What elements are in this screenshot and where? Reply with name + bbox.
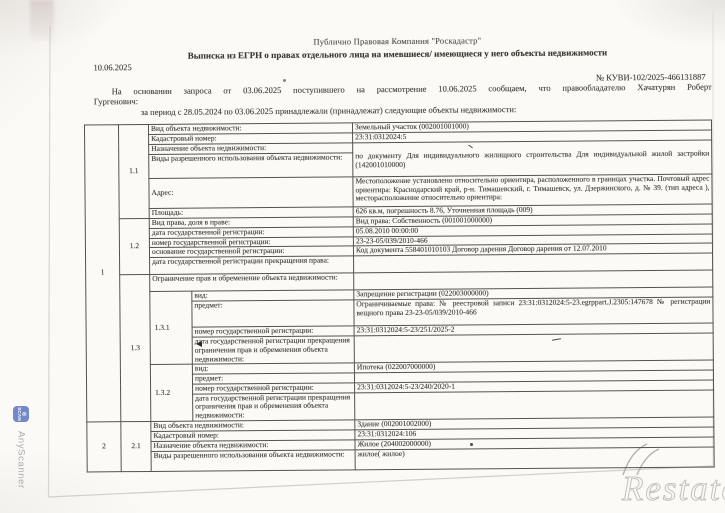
restate-watermark: Restate [622, 469, 725, 509]
row-value: Местоположение установлено относительно … [353, 174, 712, 207]
section-number: 1 [84, 125, 120, 422]
row-label: Виды разрешенного использования объекта … [149, 153, 353, 179]
group-number: 1.1 [118, 124, 149, 218]
section-number: 2 [87, 421, 121, 471]
period-line: за период с 28.05.2024 по 03.06.2025 при… [141, 103, 712, 117]
document-date: 10.06.2025 [93, 62, 131, 72]
group-number: 2.1 [121, 421, 151, 471]
scan-icon-text: SCAN [16, 407, 21, 421]
anyscanner-app-icon: ◎ SCAN [13, 406, 29, 422]
row-value: по документу Для индивидуального жилищно… [353, 150, 712, 177]
subgroup-number: 1.3.2 [150, 364, 192, 421]
group-number: 1.3 [120, 275, 151, 422]
egrn-table: 1 1.1 Вид объекта недвижимости: Земельны… [84, 119, 715, 472]
row-value [355, 390, 714, 420]
subgroup-number: 1.3.1 [150, 291, 193, 364]
anyscanner-label: AnyScanner [16, 431, 27, 489]
row-value: Ограничиваемые права: № реестровой запис… [354, 297, 713, 326]
restate-brand-text: Restate [622, 469, 725, 508]
anyscanner-watermark: ◎ SCAN AnyScanner [13, 406, 29, 489]
scanned-page: 10.06.2025 Публично Правовая Компания "Р… [0, 0, 725, 513]
row-label: предмет: [192, 300, 354, 327]
group-header-label: Ограничение прав и обременение объекта н… [150, 273, 354, 292]
scan-smudge [30, 0, 54, 40]
scan-artifact-dot [283, 79, 286, 82]
row-label: дата государственной регистрации прекращ… [192, 336, 354, 364]
row-value: жилое( жилое) [355, 447, 714, 470]
group-number: 1.2 [119, 218, 149, 275]
row-label: Адрес: [149, 177, 353, 209]
row-value [354, 333, 713, 363]
row-label: дата государственной регистрации прекращ… [150, 256, 354, 275]
row-label: дата государственной регистрации прекращ… [193, 392, 355, 420]
scan-artifact-dot [470, 443, 473, 446]
page-title: Выписка из ЕГРН о правах отдельного лица… [83, 47, 711, 62]
scan-artifact-arrow [196, 341, 202, 347]
row-label: Виды разрешенного использования объекта … [151, 450, 355, 472]
document-content: 10.06.2025 Публично Правовая Компания "Р… [83, 34, 714, 473]
